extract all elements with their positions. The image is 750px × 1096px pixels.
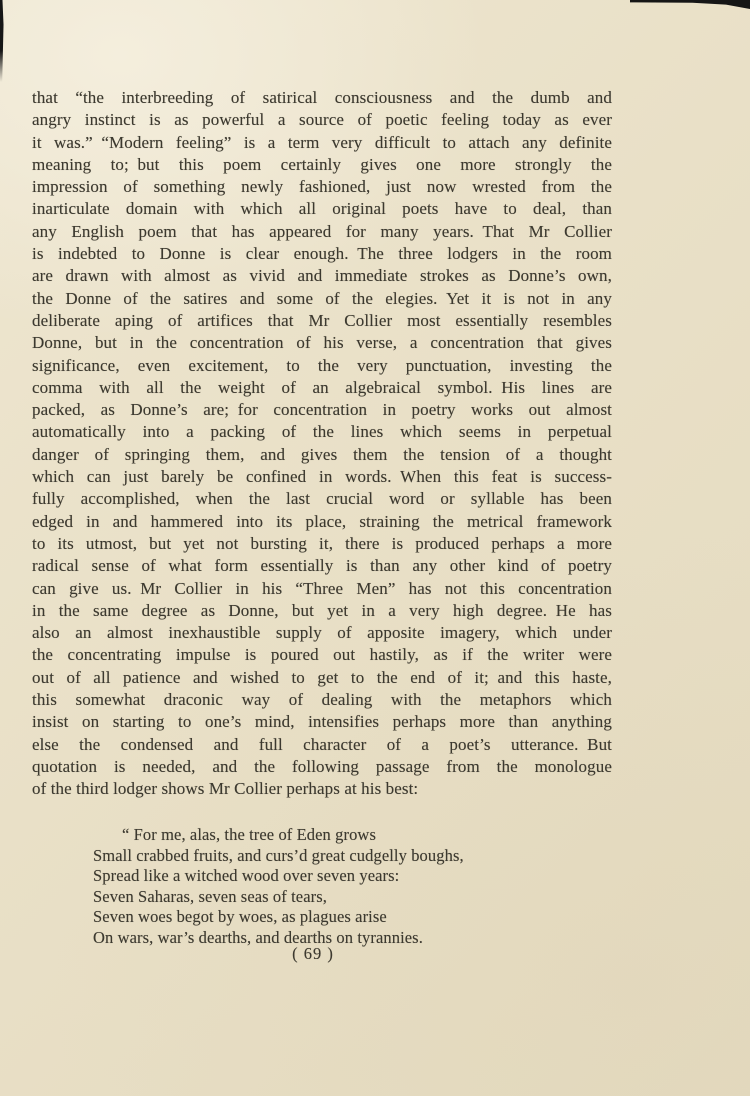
text-line: danger of springing them, and gives them… [32, 444, 612, 466]
text-line: in the same degree as Donne, but yet in … [32, 600, 612, 622]
text-line: out of all patience and wished to get to… [32, 667, 612, 689]
text-line: also an almost inexhaustible supply of a… [32, 622, 612, 644]
text-line: are drawn with almost as vivid and immed… [32, 265, 612, 287]
text-line: fully accomplished, when the last crucia… [32, 488, 612, 510]
text-line: automatically into a packing of the line… [32, 421, 612, 443]
folio-container: ( 69 ) [32, 944, 612, 964]
text-line: it was.” “Modern feeling” is a term very… [32, 132, 612, 154]
text-line: to its utmost, but yet not bursting it, … [32, 533, 612, 555]
poem-line: Seven Saharas, seven seas of tears, [93, 887, 613, 908]
poem-line: Spread like a witched wood over seven ye… [93, 866, 613, 887]
poem-line: “ For me, alas, the tree of Eden grows [93, 825, 613, 846]
text-line: edged in and hammered into its place, st… [32, 511, 612, 533]
text-line: is indebted to Donne is clear enough. Th… [32, 243, 612, 265]
poem-line: Small crabbed fruits, and curs’d great c… [93, 846, 613, 867]
text-line: can give us. Mr Collier in his “Three Me… [32, 578, 612, 600]
text-line: Donne, but in the concentration of his v… [32, 332, 612, 354]
text-line: comma with all the weight of an algebrai… [32, 377, 612, 399]
text-line: the concentrating impulse is poured out … [32, 644, 612, 666]
text-line: any English poem that has appeared for m… [32, 221, 612, 243]
text-line: else the condensed and full character of… [32, 734, 612, 756]
text-line: that “the interbreeding of satirical con… [32, 87, 612, 109]
text-line: impression of something newly fashioned,… [32, 176, 612, 198]
text-line: radical sense of what form essentially i… [32, 555, 612, 577]
text-line: quotation is needed, and the following p… [32, 756, 612, 778]
text-line: meaning to; but this poem certainly give… [32, 154, 612, 176]
scan-edge-left [0, 0, 4, 82]
text-line: packed, as Donne’s are; for concentratio… [32, 399, 612, 421]
text-line: deliberate aping of artifices that Mr Co… [32, 310, 612, 332]
text-line: of the third lodger shows Mr Collier per… [32, 778, 612, 800]
text-line: significance, even excitement, to the ve… [32, 355, 612, 377]
paragraph: that “the interbreeding of satirical con… [32, 87, 612, 801]
text-line: the Donne of the satires and some of the… [32, 288, 612, 310]
text-line: inarticulate domain with which all origi… [32, 198, 612, 220]
text-line: which can just barely be confined in wor… [32, 466, 612, 488]
poem-quotation: “ For me, alas, the tree of Eden grows S… [93, 825, 613, 949]
book-page: that “the interbreeding of satirical con… [0, 0, 750, 1096]
scan-edge-top-right [630, 0, 750, 9]
text-line: this somewhat draconic way of dealing wi… [32, 689, 612, 711]
text-line: angry instinct is as powerful a source o… [32, 109, 612, 131]
poem-line: Seven woes begot by woes, as plagues ari… [93, 907, 613, 928]
page-number: ( 69 ) [292, 944, 334, 964]
text-line: insist on starting to one’s mind, intens… [32, 711, 612, 733]
